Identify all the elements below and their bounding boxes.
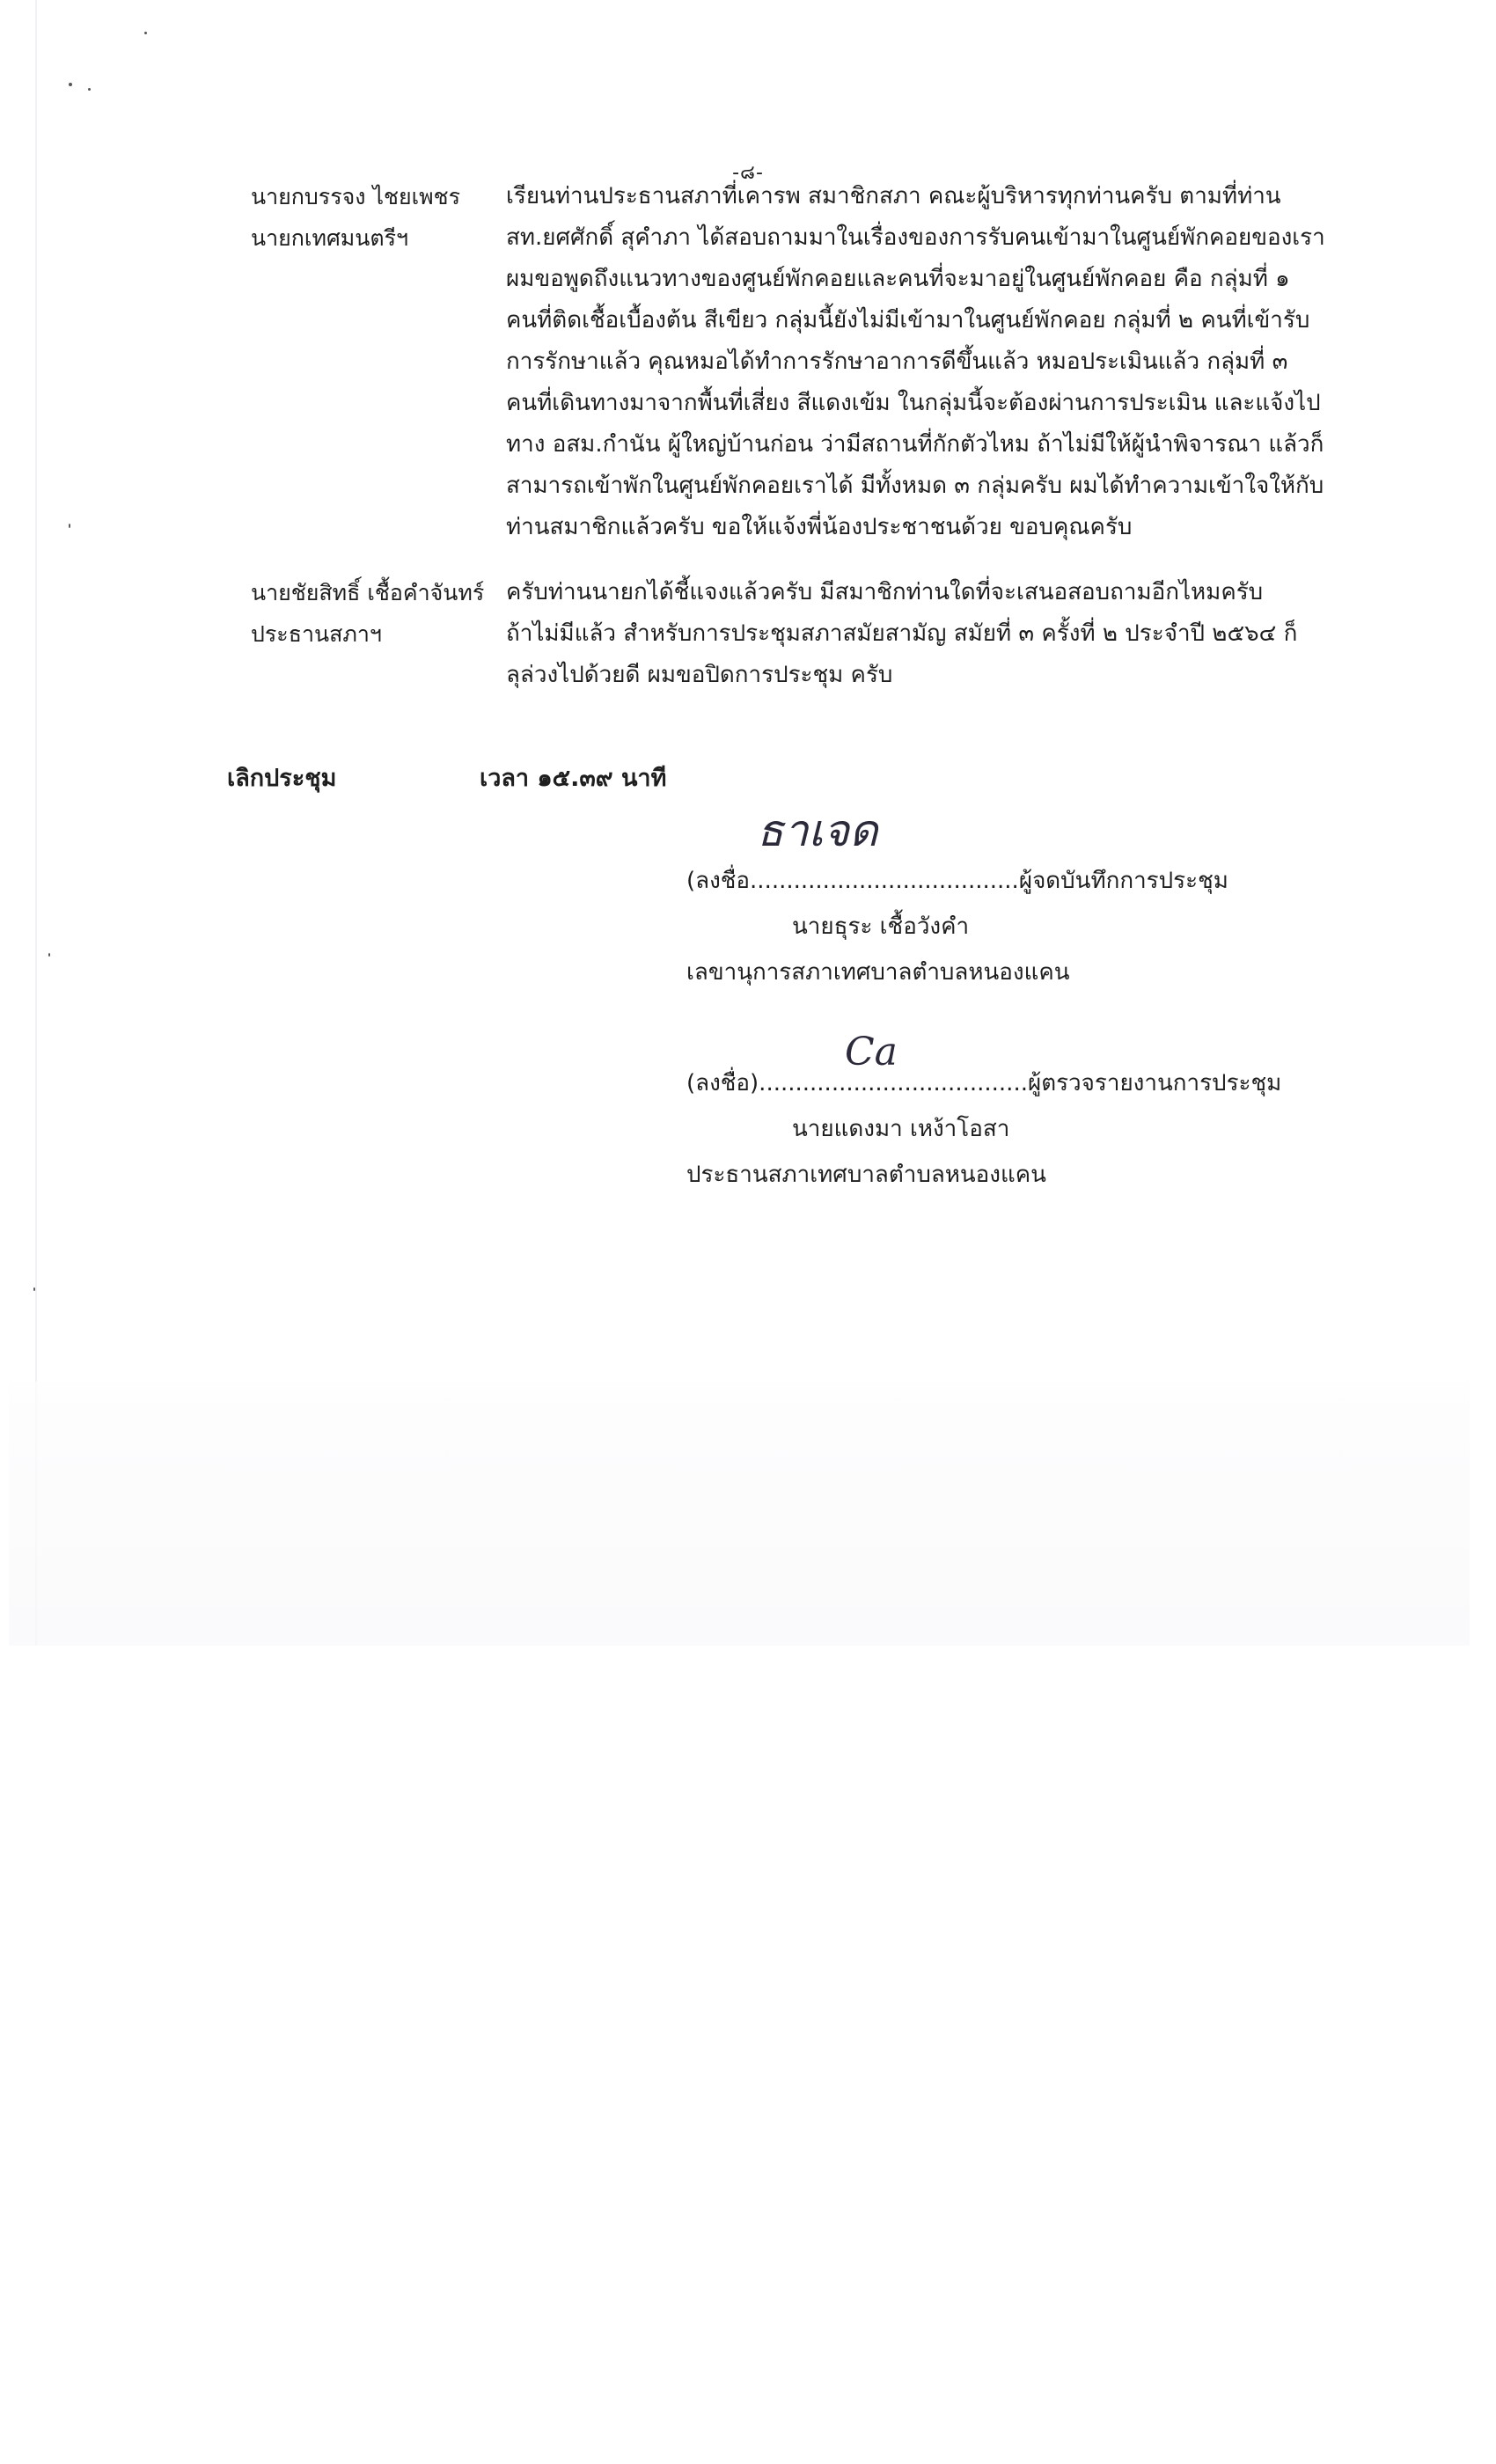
signature-block-1: (ลงชื่อ.................................…: [686, 858, 1228, 995]
signature-block-2: (ลงชื่อ)................................…: [686, 1060, 1281, 1198]
speech-line: เรียนท่านประธานสภาที่เคารพ สมาชิกสภา คณะ…: [506, 176, 1386, 217]
speaker-1: นายกบรรจง ไชยเพชร นายกเทศมนตรีฯ: [251, 176, 460, 259]
sign-role: ผู้จดบันทึกการประชุม: [1019, 868, 1228, 894]
speech-line: สามารถเข้าพักในศูนย์พักคอยเราได้ มีทั้งห…: [506, 466, 1386, 507]
speech-line: ถ้าไม่มีแล้ว สำหรับการประชุมสภาสมัยสามัญ…: [506, 613, 1386, 655]
adjournment-time: เวลา ๑๕.๓๙ นาที: [480, 759, 666, 796]
scan-noise: [69, 83, 72, 86]
scan-noise: [144, 32, 147, 34]
scan-noise: [48, 953, 50, 957]
speaker-2: นายชัยสิทธิ์ เชื้อคำจันทร์ ประธานสภาฯ: [251, 572, 484, 655]
scan-band-artifact: [9, 1382, 1470, 1646]
scan-noise: [88, 88, 91, 91]
sign-role: ผู้ตรวจรายงานการประชุม: [1028, 1070, 1281, 1096]
signer-position: เลขานุการสภาเทศบาลตำบลหนองแคน: [686, 950, 1228, 995]
speaker-name: นายชัยสิทธิ์ เชื้อคำจันทร์: [251, 572, 484, 613]
speech-line: คนที่ติดเชื้อเบื้องต้น สีเขียว กลุ่มนี้ย…: [506, 300, 1386, 341]
signer-name: นายแดงมา เหง้าโอสา: [686, 1106, 1281, 1152]
speech-1: เรียนท่านประธานสภาที่เคารพ สมาชิกสภา คณะ…: [506, 176, 1386, 548]
scan-noise: [69, 524, 70, 528]
speech-line: ครับท่านนายกได้ชี้แจงแล้วครับ มีสมาชิกท่…: [506, 572, 1386, 613]
speaker-role: ประธานสภาฯ: [251, 613, 484, 655]
speaker-role: นายกเทศมนตรีฯ: [251, 217, 460, 259]
speech-line: สท.ยศศักดิ์ สุคำภา ได้สอบถามมาในเรื่องขอ…: [506, 217, 1386, 259]
speech-2: ครับท่านนายกได้ชี้แจงแล้วครับ มีสมาชิกท่…: [506, 572, 1386, 696]
speech-line: ท่านสมาชิกแล้วครับ ขอให้แจ้งพี่น้องประชา…: [506, 507, 1386, 548]
sign-prefix: (ลงชื่อ)................................…: [686, 1070, 1028, 1096]
speech-line: ทาง อสม.กำนัน ผู้ใหญ่บ้านก่อน ว่ามีสถานท…: [506, 424, 1386, 466]
scan-noise: [33, 1287, 35, 1291]
speech-line: ลุล่วงไปด้วยดี ผมขอปิดการประชุม ครับ: [506, 655, 1386, 696]
sign-prefix: (ลงชื่อ.................................…: [686, 868, 1019, 894]
speech-line: ผมขอพูดถึงแนวทางของศูนย์พักคอยและคนที่จะ…: [506, 259, 1386, 300]
speech-line: คนที่เดินทางมาจากพื้นที่เสี่ยง สีแดงเข้ม…: [506, 383, 1386, 424]
speaker-name: นายกบรรจง ไชยเพชร: [251, 176, 460, 217]
signer-position: ประธานสภาเทศบาลตำบลหนองแคน: [686, 1152, 1281, 1198]
signer-name: นายธุระ เชื้อวังคำ: [686, 904, 1228, 950]
speech-line: การรักษาแล้ว คุณหมอได้ทำการรักษาอาการดีข…: [506, 341, 1386, 383]
handwritten-signature: ธาเจด: [757, 796, 877, 866]
adjournment-label: เลิกประชุม: [227, 759, 336, 796]
